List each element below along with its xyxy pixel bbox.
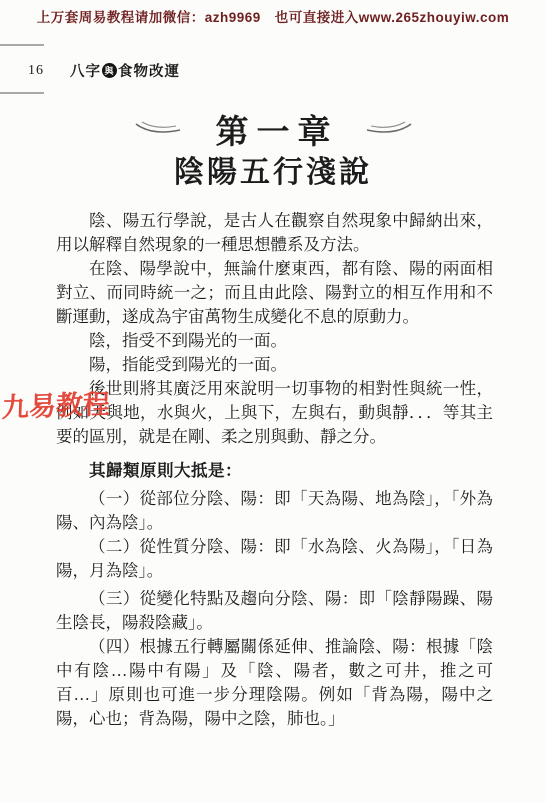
chapter-title: 陰陽五行淺說 [55,147,491,191]
promo-banner: 上万套周易教程请加微信：azh9969 也可直接进入www.265zhouyiw… [0,6,546,26]
list-item: （二）從性質分陰、陽：即「水為陰、火為陽」，「日為陽，月為陰」。 [56,535,493,583]
page-number: 16 [28,63,44,79]
watermark: 九易教程 [1,382,110,425]
list-item: （三）從變化特點及趨向分陰、陽：即「陰靜陽躁、陽生陰長，陽殺陰藏」。 [56,587,493,635]
book-title: 八字 與 食物改運 [70,60,180,81]
body-text: 陰、陽五行學說，是古人在觀察自然現象中歸納出來，用以解釋自然現象的一種思想體系及… [56,209,493,731]
list-item: （一）從部位分陰、陽：即「天為陽、地為陰」，「外為陽、內為陰」。 [56,487,493,535]
paragraph: 後世則將其廣泛用來說明一切事物的相對性與統一性，例如天與地，水與火，上與下，左與… [56,377,493,449]
paragraph: 在陰、陽學說中，無論什麼東西，都有陰、陽的兩面相對立、而同時統一之；而且由此陰、… [56,257,493,329]
chapter-heading: 第一章 [55,106,491,153]
book-page: 上万套周易教程请加微信：azh9969 也可直接进入www.265zhouyiw… [0,0,546,803]
paragraph: 陰、陽五行學說，是古人在觀察自然現象中歸納出來，用以解釋自然現象的一種思想體系及… [56,209,493,257]
header-rule-bottom [0,92,44,94]
book-title-prefix: 八字 [70,60,101,81]
chapter-number: 第一章 [208,106,339,153]
circled-yu-icon: 與 [102,63,117,78]
flourish-right-icon [365,120,413,140]
list-item: （四）根據五行轉屬關係延伸、推論陰、陽：根據「陰中有陰…陽中有陽」及「陰、陽者，… [56,635,493,731]
flourish-left-icon [134,120,182,140]
paragraph: 陽，指能受到陽光的一面。 [56,353,493,377]
book-title-suffix: 食物改運 [118,60,180,81]
page-header: 16 八字 與 食物改運 [28,60,180,81]
header-rule-top [0,44,44,46]
section-heading: 其歸類原則大抵是： [56,459,493,483]
paragraph: 陰，指受不到陽光的一面。 [56,329,493,353]
